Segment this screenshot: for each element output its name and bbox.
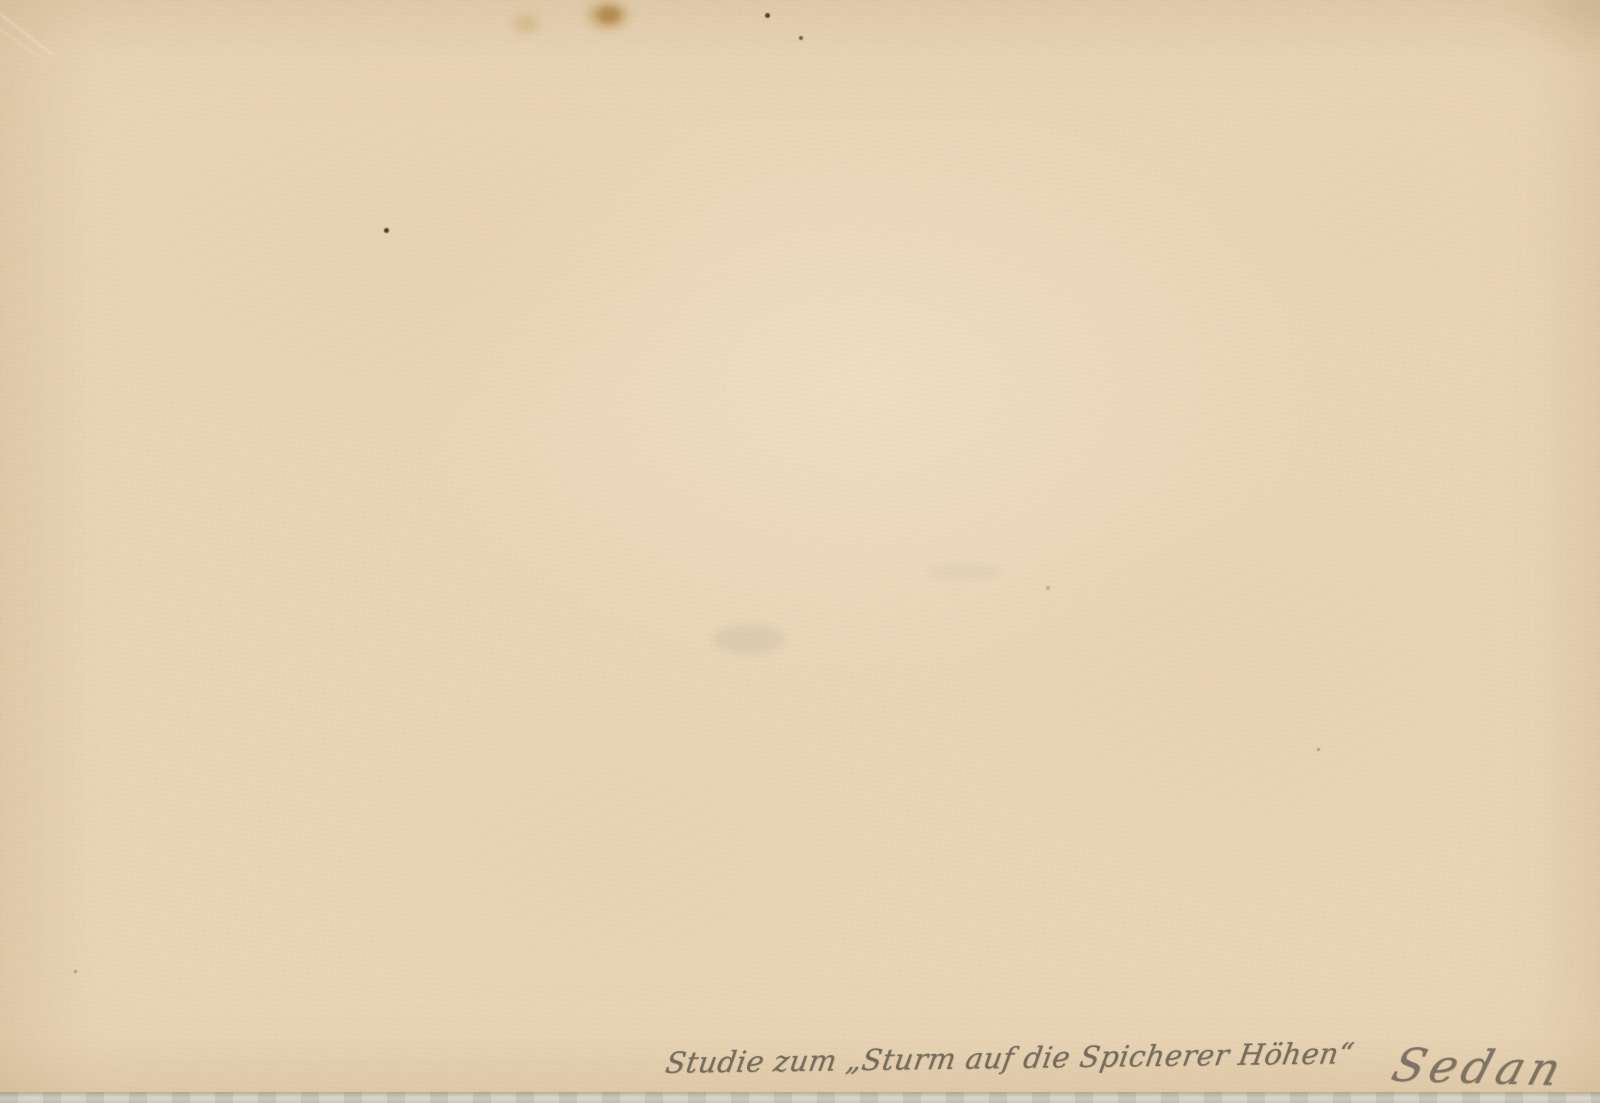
foxing-stain-top-center	[588, 2, 628, 28]
ghost-show-through-mark	[928, 563, 1002, 581]
speck-lower-right	[1317, 748, 1320, 751]
foxing-stain-top-center-core	[598, 7, 620, 23]
speck-bottom-left	[74, 970, 77, 973]
inscription-sedan: Sedan	[1386, 1038, 1572, 1096]
ink-speck-top-2	[799, 36, 803, 40]
ink-speck-upper-left	[384, 228, 389, 233]
foxing-stain-top-left	[514, 15, 538, 32]
scan-bottom-edge-strip	[0, 1092, 1600, 1103]
paper-crease-topleft	[0, 8, 53, 55]
ink-speck-top-1	[765, 13, 770, 18]
inscription-study-title: Studie zum „Sturm auf die Spicherer Höhe…	[663, 1036, 1356, 1080]
paper-crease-topleft-secondary	[0, 26, 40, 56]
paper-grain-texture	[0, 0, 1600, 1103]
graphite-smudge	[713, 624, 785, 654]
paper-vignette-shading	[0, 0, 1600, 1103]
stains-and-specks-layer	[0, 0, 1600, 1103]
scanned-paper-verso: Studie zum „Sturm auf die Spicherer Höhe…	[0, 0, 1600, 1103]
speck-center	[1046, 586, 1050, 590]
